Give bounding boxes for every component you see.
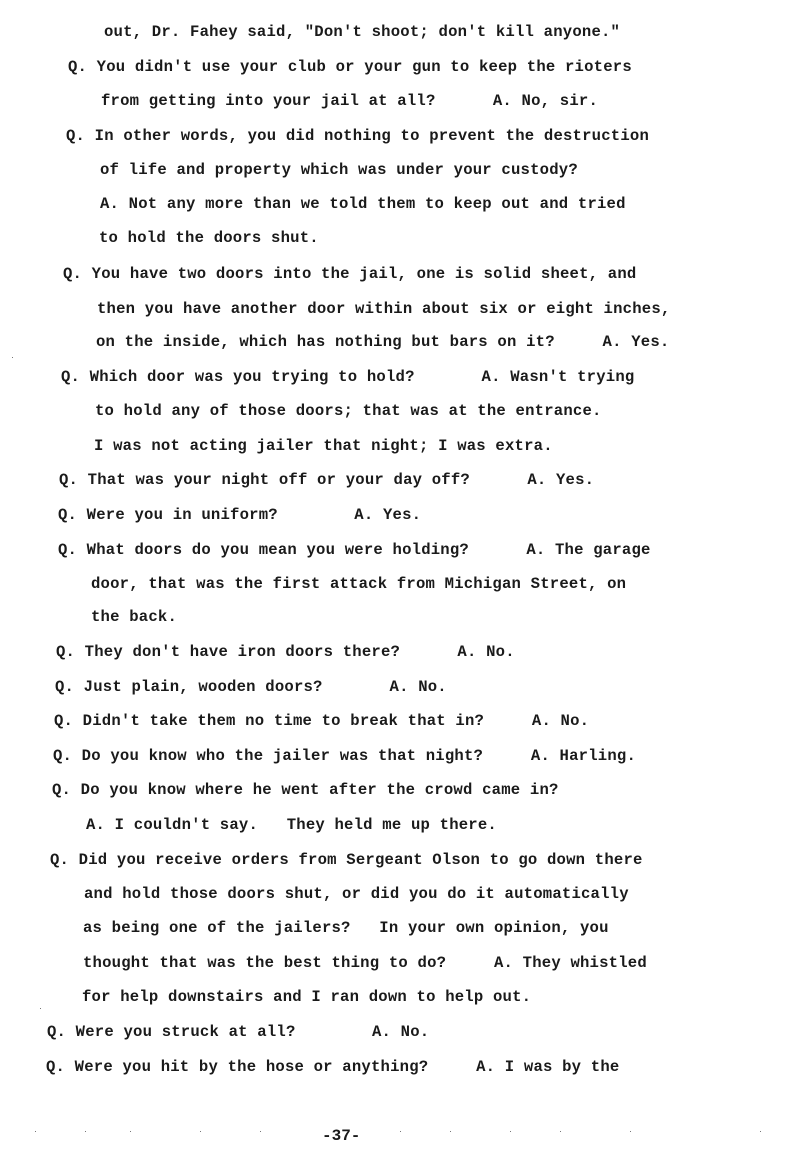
question-line: Q. That was your night off or your day o… xyxy=(59,470,594,490)
transcript-line: of life and property which was under you… xyxy=(100,160,578,180)
question-line: Q. You didn't use your club or your gun … xyxy=(68,57,632,77)
scan-speck xyxy=(35,1131,36,1132)
transcript-line: to hold any of those doors; that was at … xyxy=(95,401,602,421)
transcript-line: and hold those doors shut, or did you do… xyxy=(84,884,629,904)
scan-speck xyxy=(400,1131,401,1132)
scan-speck xyxy=(560,1131,561,1132)
scan-speck xyxy=(200,1131,201,1132)
scan-speck xyxy=(450,1131,451,1132)
transcript-line: door, that was the first attack from Mic… xyxy=(91,574,626,594)
transcript-line: as being one of the jailers? In your own… xyxy=(83,918,609,938)
scan-speck xyxy=(12,357,13,358)
transcript-line: out, Dr. Fahey said, "Don't shoot; don't… xyxy=(104,22,620,42)
page-number: -37- xyxy=(322,1127,360,1145)
question-line: Q. They don't have iron doors there? A. … xyxy=(56,642,515,662)
transcript-line: from getting into your jail at all? A. N… xyxy=(101,91,598,111)
question-line: Q. Didn't take them no time to break tha… xyxy=(54,711,589,731)
question-line: Q. Which door was you trying to hold? A.… xyxy=(61,367,634,387)
question-line: Q. Do you know where he went after the c… xyxy=(52,780,559,800)
transcript-line: I was not acting jailer that night; I wa… xyxy=(94,436,553,456)
transcript-line: thought that was the best thing to do? A… xyxy=(83,953,647,973)
document-page: out, Dr. Fahey said, "Don't shoot; don't… xyxy=(0,0,800,1150)
answer-line: A. Not any more than we told them to kee… xyxy=(100,194,626,214)
transcript-line: the back. xyxy=(91,607,177,627)
scan-speck xyxy=(630,1131,631,1132)
question-line: Q. Were you hit by the hose or anything?… xyxy=(46,1057,619,1077)
scan-speck xyxy=(130,1131,131,1132)
question-line: Q. Did you receive orders from Sergeant … xyxy=(50,850,643,870)
scan-speck xyxy=(40,1008,41,1009)
scan-speck xyxy=(760,1131,761,1132)
transcript-line: for help downstairs and I ran down to he… xyxy=(82,987,531,1007)
question-line: Q. Do you know who the jailer was that n… xyxy=(53,746,636,766)
question-line: Q. Were you in uniform? A. Yes. xyxy=(58,505,421,525)
transcript-line: on the inside, which has nothing but bar… xyxy=(96,332,669,352)
scan-speck xyxy=(85,1131,86,1132)
transcript-line: to hold the doors shut. xyxy=(99,228,319,248)
question-line: Q. What doors do you mean you were holdi… xyxy=(58,540,651,560)
question-line: Q. Were you struck at all? A. No. xyxy=(47,1022,429,1042)
answer-line: A. I couldn't say. They held me up there… xyxy=(86,815,497,835)
question-line: Q. Just plain, wooden doors? A. No. xyxy=(55,677,447,697)
question-line: Q. You have two doors into the jail, one… xyxy=(63,264,636,284)
scan-speck xyxy=(510,1131,511,1132)
transcript-line: then you have another door within about … xyxy=(97,299,670,319)
question-line: Q. In other words, you did nothing to pr… xyxy=(66,126,649,146)
scan-speck xyxy=(260,1131,261,1132)
